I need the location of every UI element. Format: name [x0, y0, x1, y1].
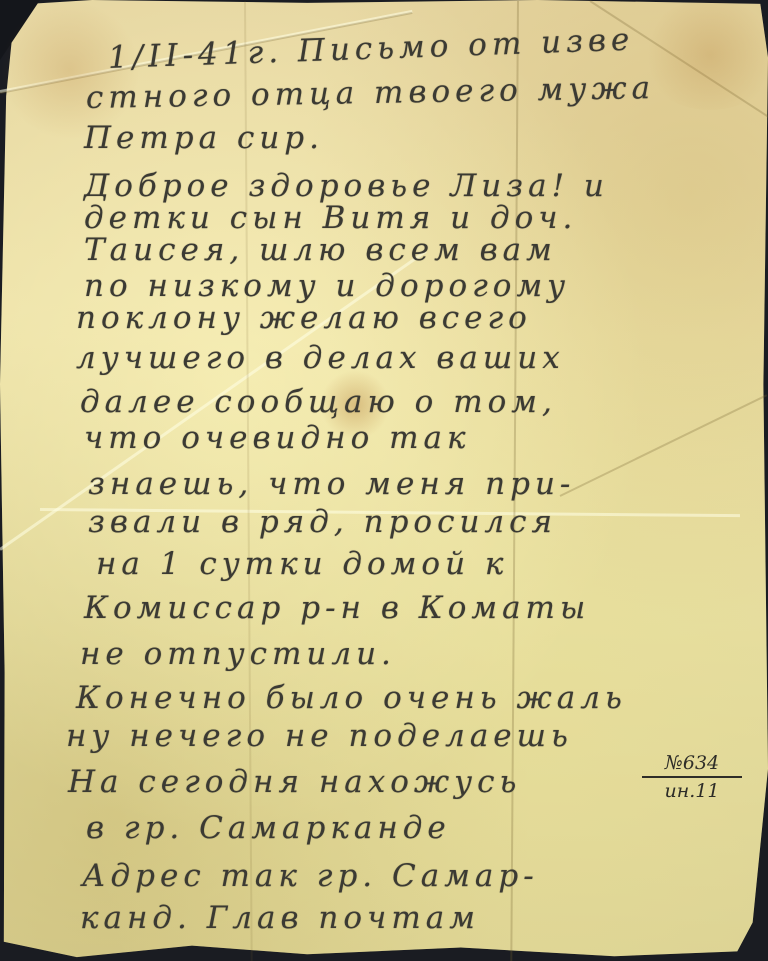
letter-text: 1/II-41г. Письмо от изве стного отца тво… — [0, 0, 768, 961]
archive-number: №634 — [642, 752, 742, 778]
letter-line: детки сын Витя и доч. — [84, 200, 577, 236]
archive-sub: ин.11 — [642, 778, 742, 802]
letter-line: Петра сир. — [84, 120, 324, 156]
letter-line: по низкому и дорогому — [84, 268, 570, 304]
letter-line: на 1 сутки домой к — [96, 546, 508, 582]
letter-line: Адрес так гр. Самар- — [82, 858, 539, 894]
letter-line: канд. Глав почтам — [80, 900, 480, 936]
letter-line: в гр. Самарканде — [86, 810, 451, 846]
letter-line: Комиссар р-н в Коматы — [84, 590, 590, 626]
letter-line: стного отца твоего мужа — [86, 70, 656, 116]
letter-line: ну нечего не поделаешь — [66, 718, 573, 754]
letter-line: 1/II-41г. Письмо от изве — [107, 22, 635, 76]
letter-line: поклону желаю всего — [76, 300, 532, 336]
archive-mark: №634 ин.11 — [642, 752, 742, 802]
letter-line: Конечно было очень жаль — [76, 680, 627, 716]
letter-line: Таисея, шлю всем вам — [84, 232, 557, 268]
letter-line: Доброе здоровье Лиза! и — [84, 168, 609, 204]
letter-line: что очевидно так — [84, 420, 470, 456]
letter-line: На сегодня нахожусь — [68, 764, 521, 800]
letter-line: звали в ряд, просился — [88, 504, 557, 540]
letter-line: далее сообщаю о том, — [80, 384, 557, 420]
letter-line: знаешь, что меня при- — [88, 466, 575, 502]
letter-line: лучшего в делах ваших — [76, 340, 565, 376]
letter-line: не отпустили. — [80, 636, 396, 672]
